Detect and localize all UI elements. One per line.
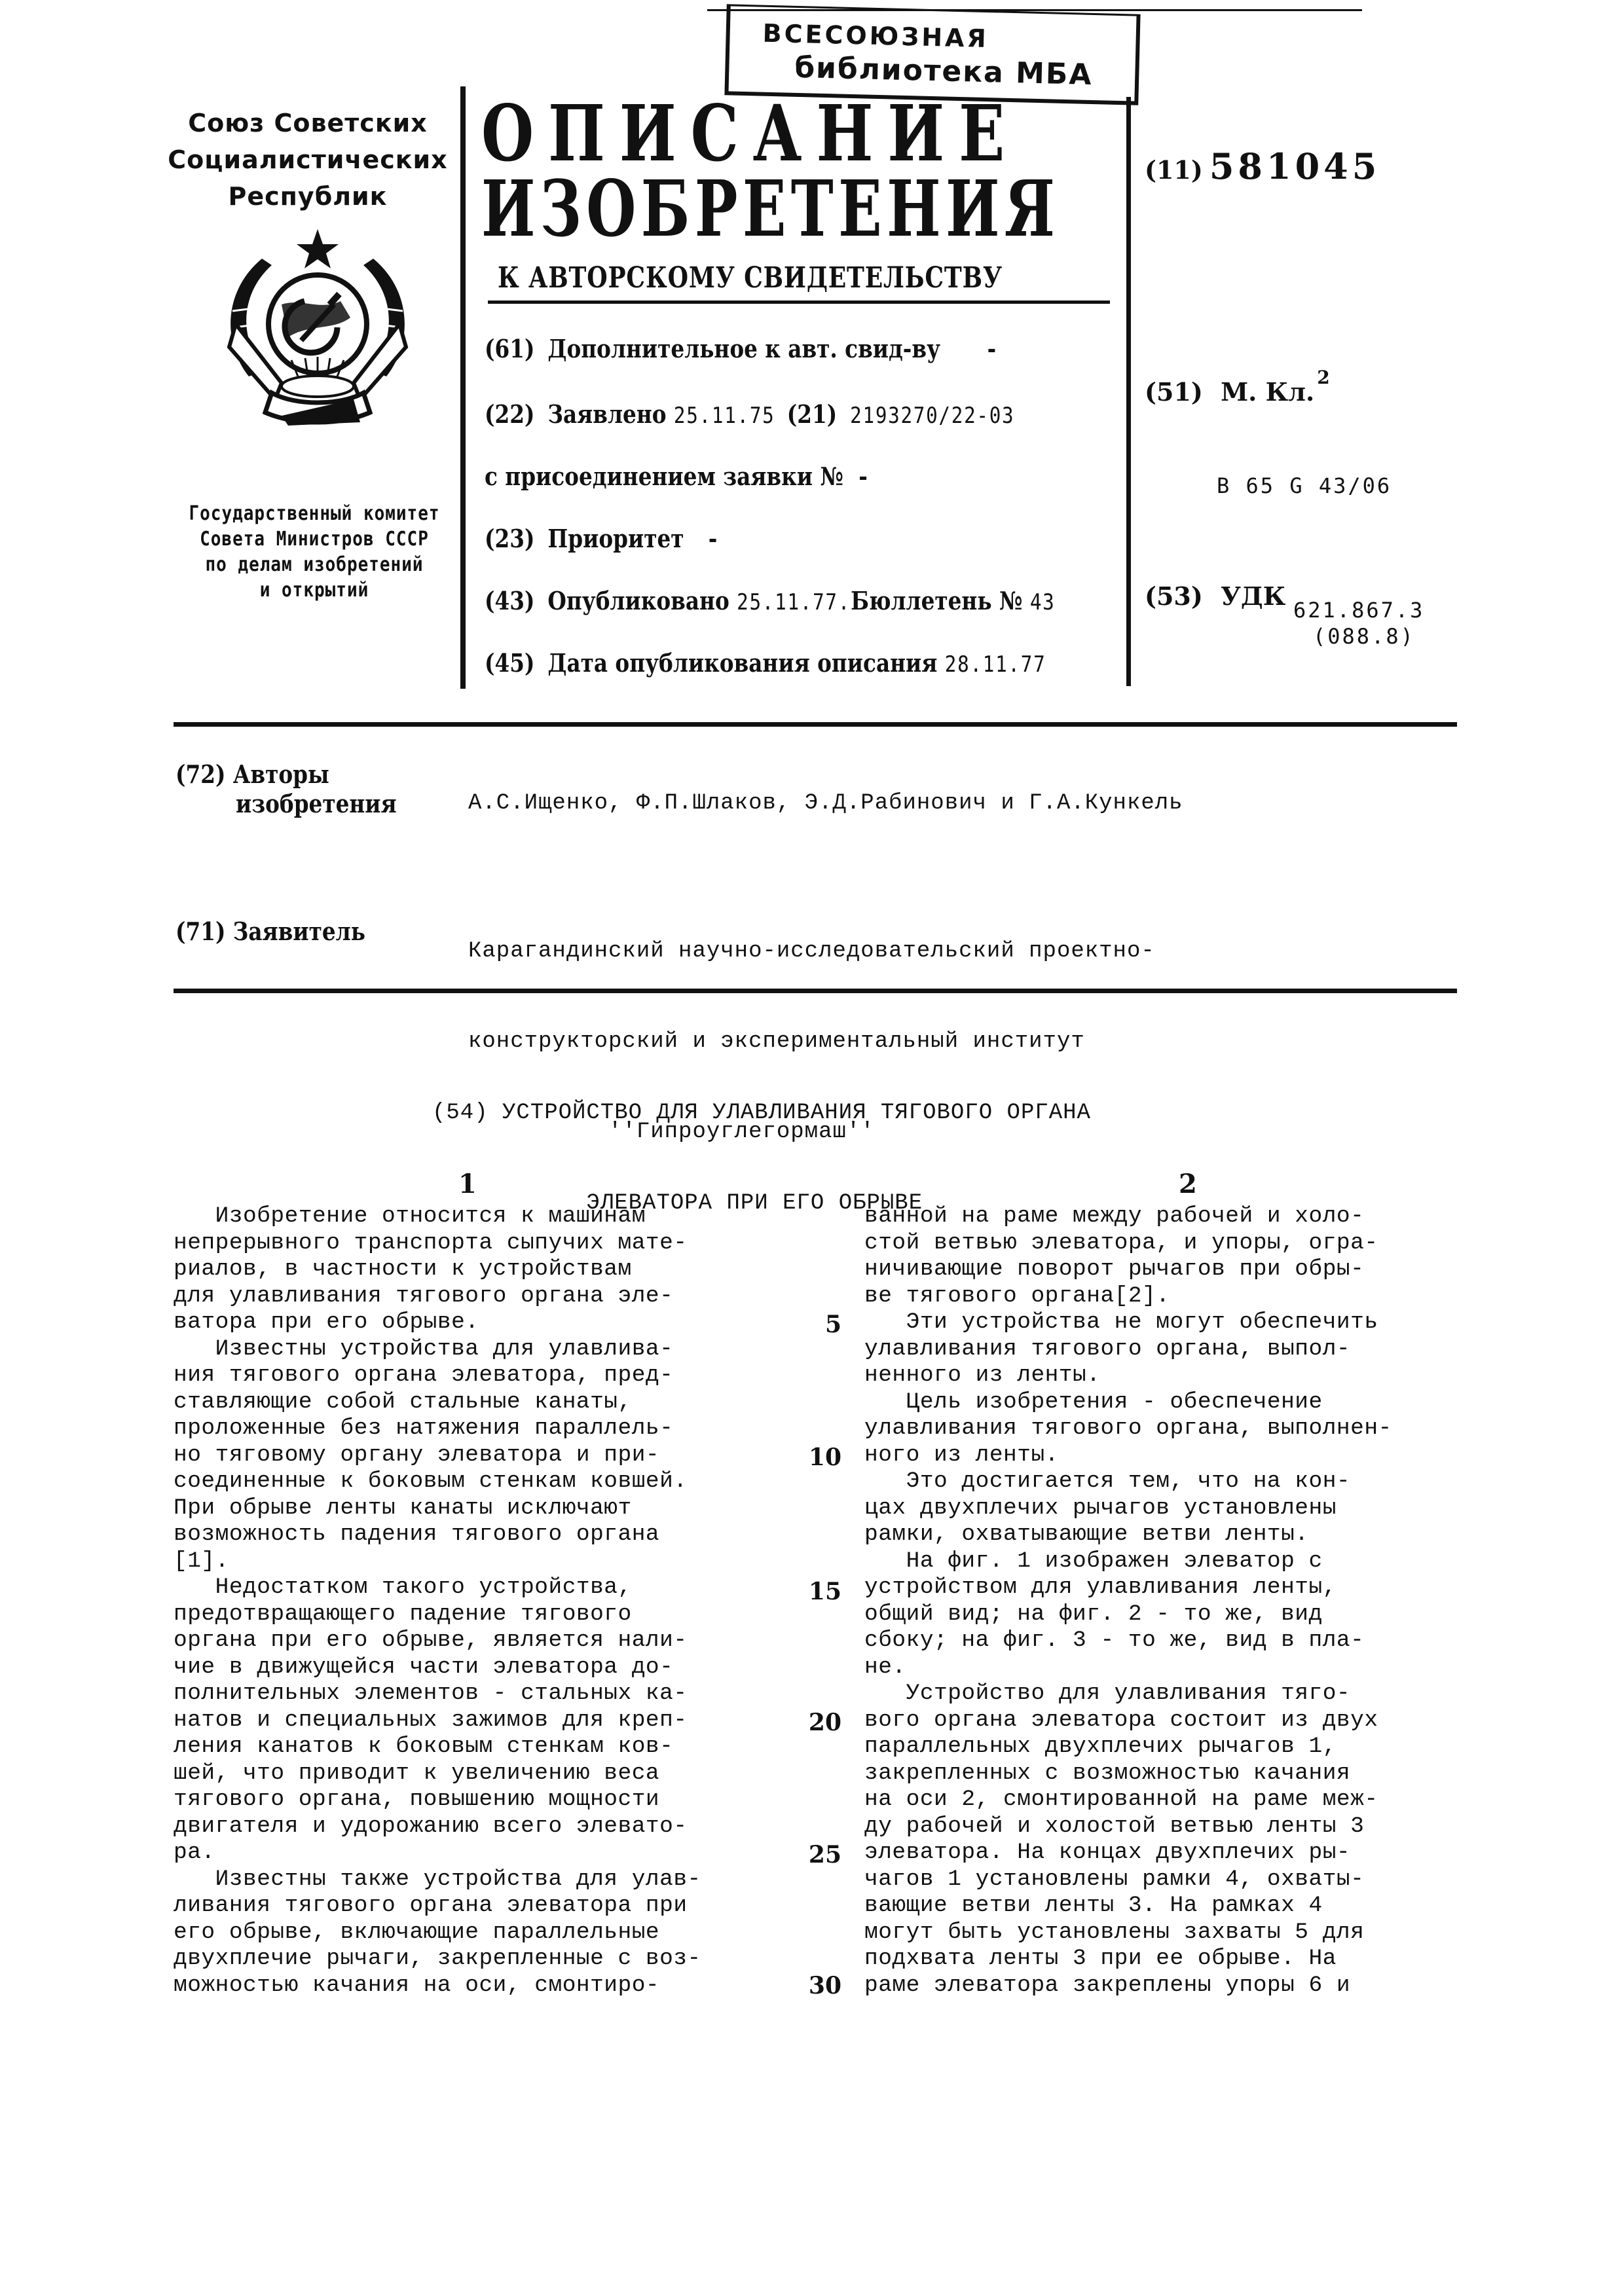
text-line: Известны также устройства для улав-	[174, 1867, 701, 1893]
column-number-1: 1	[458, 1169, 477, 1199]
text-line: устройством для улавливания ленты,	[864, 1575, 1392, 1601]
bulletin-number: 43	[1030, 589, 1056, 615]
text-line: могут быть установлены захваты 5 для	[864, 1920, 1392, 1946]
text-line: чие в движущейся части элеватора до-	[174, 1654, 701, 1681]
text-line: Устройство для улавливания тяго-	[864, 1681, 1392, 1707]
text-line: [1].	[174, 1548, 701, 1575]
field-11: (11)581045	[1145, 145, 1380, 187]
subtitle-rule	[488, 301, 1110, 304]
text-line: улавливания тягового органа, выпол-	[864, 1336, 1392, 1363]
text-line: непрерывного транспорта сыпучих мате-	[174, 1230, 701, 1257]
section-rule	[174, 989, 1457, 993]
application-number: 2193270/22-03	[850, 403, 1014, 429]
publication-date: 25.11.77.	[737, 589, 851, 615]
committee-line: и открытий	[177, 577, 452, 603]
udc-code-suffix: (088.8)	[1313, 623, 1415, 649]
field-22-21: (22) Заявлено 25.11.75 (21) 2193270/22-0…	[485, 399, 1014, 429]
text-line: общий вид; на фиг. 2 - то же, вид	[864, 1601, 1392, 1628]
text-line: элеватора. На концах двухплечих ры-	[864, 1840, 1392, 1867]
line-number: 5	[802, 1311, 841, 1338]
text-line: Это достигается тем, что на кон-	[864, 1468, 1392, 1495]
document-title-line-1: ОПИСАНИЕ	[481, 95, 1019, 172]
text-line: его обрыве, включающие параллельные	[174, 1920, 701, 1946]
text-line: двигателя и удорожанию всего элевато-	[174, 1813, 701, 1840]
text-line: но тяговому органу элеватора и при-	[174, 1442, 701, 1469]
text-line: ливания тягового органа элеватора при	[174, 1893, 701, 1920]
description-publication-date: 28.11.77	[945, 651, 1046, 678]
text-line: двухплечие рычаги, закрепленные с воз-	[174, 1946, 701, 1973]
text-line: ду рабочей и холостой ветвью ленты 3	[864, 1813, 1392, 1840]
text-line: цах двухплечих рычагов установлены	[864, 1495, 1392, 1522]
text-line: риалов, в частности к устройствам	[174, 1256, 701, 1283]
stamp-line-2: библиотека МБА	[794, 51, 1093, 92]
line-number: 15	[802, 1578, 841, 1605]
text-line: ванной на раме между рабочей и холо-	[864, 1203, 1392, 1230]
text-line: ватора при его обрыве.	[174, 1309, 701, 1336]
text-line: стой ветвью элеватора, и упоры, огра-	[864, 1230, 1392, 1257]
text-line: не.	[864, 1654, 1392, 1681]
text-line: При обрыве ленты канаты исключают	[174, 1495, 701, 1522]
column-number-2: 2	[1179, 1169, 1197, 1199]
text-line: подхвата ленты 3 при ее обрыве. На	[864, 1946, 1392, 1973]
text-line: возможность падения тягового органа	[174, 1522, 701, 1548]
text-line: На фиг. 1 изображен элеватор с	[864, 1548, 1392, 1575]
text-line: ничивающие поворот рычагов при обры-	[864, 1256, 1392, 1283]
country-line: Социалистических	[164, 141, 452, 178]
text-line: параллельных двухплечих рычагов 1,	[864, 1734, 1392, 1760]
field-23: (23) Приоритет -	[485, 524, 717, 554]
text-line: натов и специальных зажимов для креп-	[174, 1707, 701, 1734]
line-number: 30	[802, 1972, 841, 1999]
text-line: раме элеватора закреплены упоры 6 и	[864, 1973, 1392, 1999]
field-43: (43) Опубликовано 25.11.77.Бюллетень № 4…	[485, 586, 1055, 616]
document-subtitle: К АВТОРСКОМУ СВИДЕТЕЛЬСТВУ	[498, 262, 1003, 295]
filing-date: 25.11.75	[674, 403, 775, 429]
text-line: ния тягового органа элеватора, пред-	[174, 1362, 701, 1389]
text-line: проложенные без натяжения параллель-	[174, 1415, 701, 1442]
country-line: Республик	[164, 178, 452, 215]
line-number: 20	[802, 1709, 841, 1736]
field-53: (53) УДК	[1145, 581, 1285, 611]
document-title-line-2: ИЗОБРЕТЕНИЯ	[481, 170, 1060, 247]
text-line: Недостатком такого устройства,	[174, 1575, 701, 1601]
section-rule	[174, 722, 1457, 727]
column-divider-right	[1126, 97, 1131, 686]
text-line: Известны устройства для улавлива-	[174, 1336, 701, 1363]
text-line: закрепленных с возможностью качания	[864, 1760, 1392, 1787]
column-divider-left	[460, 86, 466, 689]
text-line: ления канатов к боковым стенкам ков-	[174, 1734, 701, 1760]
body-column-2: ванной на раме между рабочей и холо-стой…	[864, 1203, 1392, 1999]
committee-line: Государственный комитет	[177, 501, 452, 526]
text-line: на оси 2, смонтированной на раме меж-	[864, 1787, 1392, 1813]
text-line: можностью качания на оси, смонтиро-	[174, 1973, 701, 1999]
field-51: (51) М. Кл.2	[1145, 367, 1330, 407]
field-45: (45) Дата опубликования описания 28.11.7…	[485, 648, 1046, 678]
ussr-coat-of-arms-icon	[210, 226, 426, 429]
text-line: тягового органа, повышению мощности	[174, 1787, 701, 1813]
text-line: улавливания тягового органа, выполнен-	[864, 1415, 1392, 1442]
text-line: чагов 1 установлены рамки 4, охваты-	[864, 1867, 1392, 1893]
text-line: Цель изобретения - обеспечение	[864, 1389, 1392, 1416]
text-line: ра.	[174, 1840, 701, 1867]
text-line: Изобретение относится к машинам	[174, 1203, 701, 1230]
committee-line: Совета Министров СССР	[177, 526, 452, 552]
body-column-1: Изобретение относится к машинамнепрерывн…	[174, 1203, 701, 1999]
text-line: вого органа элеватора состоит из двух	[864, 1707, 1392, 1734]
text-line: соединенные к боковым стенкам ковшей.	[174, 1468, 701, 1495]
udc-code: 621.867.3	[1293, 597, 1424, 623]
text-line: ставляющие собой стальные канаты,	[174, 1389, 701, 1416]
authors-label: (72) Авторы	[175, 759, 329, 790]
authors-label-line-2: изобретения	[236, 789, 397, 819]
text-line: для улавливания тягового органа эле-	[174, 1283, 701, 1310]
line-number: 25	[802, 1841, 841, 1868]
text-line: ве тягового органа[2].	[864, 1283, 1392, 1310]
patent-number: 581045	[1209, 145, 1380, 187]
applicant-line: Карагандинский научно-исследовательский …	[468, 936, 1155, 966]
text-line: сбоку; на фиг. 3 - то же, вид в пла-	[864, 1628, 1392, 1654]
field-61: (61) Дополнительное к авт. свид-ву -	[485, 334, 996, 364]
text-line: рамки, охватывающие ветви ленты.	[864, 1522, 1392, 1548]
authors-names: А.С.Ищенко, Ф.П.Шлаков, Э.Д.Рабинович и …	[468, 788, 1183, 818]
text-line: вающие ветви ленты 3. На рамках 4	[864, 1893, 1392, 1920]
text-line: органа при его обрыве, является нали-	[174, 1628, 701, 1654]
line-number: 10	[802, 1444, 841, 1471]
stamp-line-1: ВСЕСОЮЗНАЯ	[762, 19, 989, 53]
text-line: Эти устройства не могут обеспечить	[864, 1309, 1392, 1336]
ipc-class: B 65 G 43/06	[1217, 473, 1392, 499]
text-line: ного из ленты.	[864, 1442, 1392, 1469]
country-line: Союз Советских	[164, 105, 452, 141]
applicant-label: (71) Заявитель	[175, 917, 365, 947]
committee-name: Государственный комитет Совета Министров…	[177, 501, 452, 603]
text-line: шей, что приводит к увеличению веса	[174, 1760, 701, 1787]
country-name: Союз Советских Социалистических Республи…	[164, 105, 452, 215]
text-line: предотвращающего падение тягового	[174, 1601, 701, 1628]
field-attachment: с присоединением заявки № -	[485, 462, 868, 492]
committee-line: по делам изобретений	[177, 552, 452, 577]
text-line: полнительных элементов - стальных ка-	[174, 1681, 701, 1707]
text-line: ненного из ленты.	[864, 1362, 1392, 1389]
